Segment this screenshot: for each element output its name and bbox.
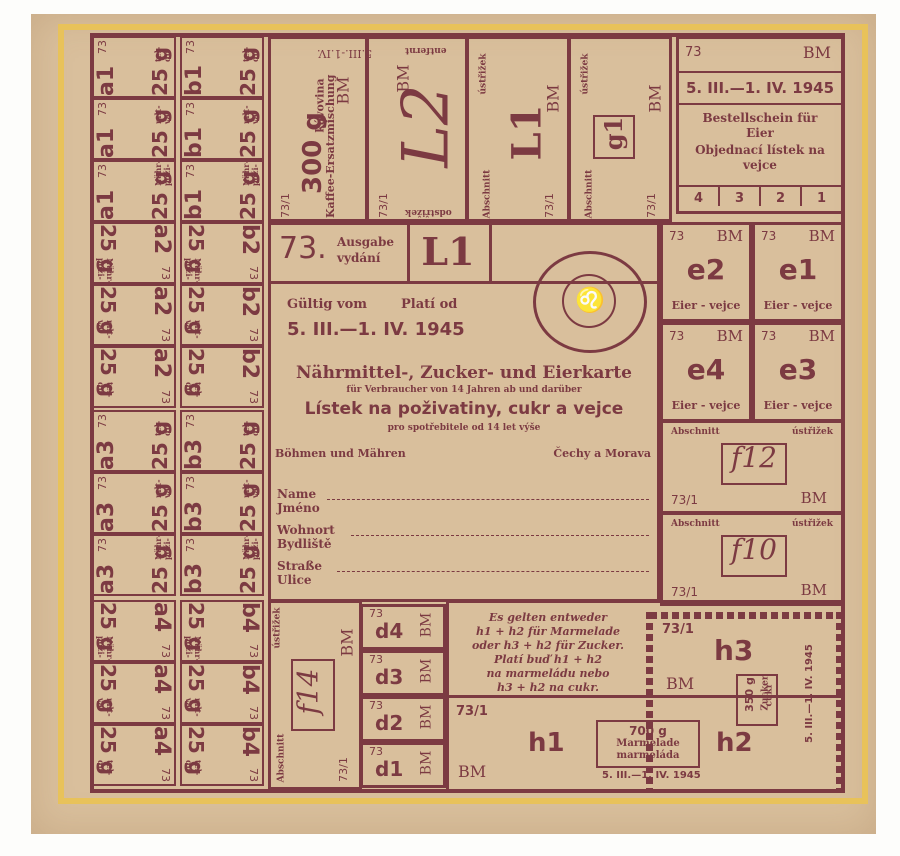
coupon-category: tel-dn xyxy=(154,36,172,62)
coupon-series: 73 xyxy=(96,164,109,178)
egg-coupon-e3[interactable]: 73BMe3Eier - vejce xyxy=(752,322,844,422)
coupon-code: b4 xyxy=(237,664,262,695)
subtitle-cs: pro spotřebitele od 14 let výše xyxy=(273,423,655,433)
coffee-mark: BM xyxy=(334,76,353,104)
ministry-seal: ♌ xyxy=(533,251,647,353)
l1-series: 73/1 xyxy=(543,193,556,218)
l1-label-de: Abschnitt xyxy=(482,170,492,219)
grain-coupon-a2[interactable]: a225 gmlt-va-73 xyxy=(92,284,176,346)
coupon-category: mlt-va- xyxy=(184,320,202,346)
coupon-code: a2 xyxy=(149,224,174,254)
egg-code: e2 xyxy=(663,253,749,286)
validity-period: 5. III.—1. IV. 1945 xyxy=(287,319,465,340)
d-code: d2 xyxy=(375,711,403,735)
f14-series: 73/1 xyxy=(337,757,350,782)
grain-coupon-b4[interactable]: b425 gNähr-poži-73 xyxy=(180,600,264,662)
coupon-category: Nähr-poži- xyxy=(96,258,114,284)
coupon-code: b4 xyxy=(237,602,262,633)
coupon-series: 73 xyxy=(184,414,197,428)
coupon-series: 73 xyxy=(96,414,109,428)
coupon-series: 73 xyxy=(159,768,172,782)
coupon-category: mlt-va- xyxy=(96,698,114,724)
name-label: Name Jméno xyxy=(277,487,320,515)
coupon-category: mlt-va- xyxy=(154,472,172,498)
grain-coupon-b2[interactable]: b225 gmlt-va-73 xyxy=(180,284,264,346)
egg-order-period: 5. III.—1. IV. 1945 xyxy=(679,79,841,97)
coupon-category: Nähr-poži- xyxy=(184,258,202,284)
h3-date: 5. III.—1. IV. 1945 xyxy=(804,644,815,743)
grain-coupon-b2[interactable]: b225 gNähr-poži-73 xyxy=(180,222,264,284)
egg-coupon-e2[interactable]: 73BMe2Eier - vejce xyxy=(660,222,752,322)
egg-code: e1 xyxy=(755,253,841,286)
g1-mark: BM xyxy=(646,84,665,112)
egg-coupon-e1[interactable]: 73BMe1Eier - vejce xyxy=(752,222,844,322)
l2-label-cs: odstřižek xyxy=(405,207,452,217)
grain-coupon-b3[interactable]: b325 gtel-dn73 xyxy=(180,410,264,472)
coffee-stub[interactable]: 300 g Kaffee-Ersatzmischung kávovina 73/… xyxy=(268,36,368,222)
d-code: d3 xyxy=(375,665,403,689)
h3-perforation-right xyxy=(836,612,843,792)
coupon-code: a1 xyxy=(94,190,119,220)
coupon-code: a1 xyxy=(94,66,119,96)
coupon-code: a2 xyxy=(149,286,174,316)
coupon-code: a3 xyxy=(94,440,119,470)
coupon-series: 73 xyxy=(184,476,197,490)
grain-coupon-a4[interactable]: a425 gmlt-va-73 xyxy=(92,662,176,724)
grain-coupon-a4[interactable]: a425 gtel-dn73 xyxy=(92,724,176,786)
coupon-series: 73 xyxy=(247,390,260,404)
h3-code: h3 xyxy=(714,634,753,667)
d-coupon-d4[interactable]: 73d4BM xyxy=(360,604,446,650)
coupon-series: 73 xyxy=(159,706,172,720)
title-de: Nährmittel-, Zucker- und Eierkarte xyxy=(273,363,655,383)
card-code: L1 xyxy=(407,229,489,274)
f14-label-cs: ústřižek xyxy=(273,607,283,648)
g1-series: 73/1 xyxy=(645,193,658,218)
coupon-series: 73 xyxy=(184,538,197,552)
g1-code: g1 xyxy=(599,117,628,150)
d-coupon-d3[interactable]: 73d3BM xyxy=(360,650,446,696)
l2-stub[interactable]: L2 entfernt odstřižek 73/1 BM xyxy=(366,36,468,222)
residence-field[interactable] xyxy=(351,535,649,536)
coupon-category: Nähr-poži- xyxy=(154,160,172,186)
l1-stub[interactable]: L1 ústřižek Abschnitt 73/1 BM xyxy=(466,36,570,222)
valid-from-label-cs: Platí od xyxy=(401,297,457,312)
issue-label-de: Ausgabe xyxy=(337,235,394,249)
l2-mark: BM xyxy=(394,64,413,92)
grain-coupon-a1[interactable]: a125 gtel-dn73 xyxy=(92,36,176,98)
l1-code: L1 xyxy=(503,105,550,161)
grain-coupon-b4[interactable]: b425 gmlt-va-73 xyxy=(180,662,264,724)
coupon-code: b2 xyxy=(237,286,262,317)
f14-mark: BM xyxy=(338,628,357,656)
coupon-category: Nähr-poži- xyxy=(154,534,172,560)
coupon-category: mlt-va- xyxy=(242,98,260,124)
region-cs: Čechy a Morava xyxy=(553,447,651,460)
g1-label-cs: ústřižek xyxy=(581,53,591,94)
name-field[interactable] xyxy=(327,499,649,500)
grain-coupon-a3[interactable]: a325 gNähr-poži-73 xyxy=(92,534,176,596)
h3-coupon[interactable]: 73/1 h3 BM 350 g Zucker cukr 5. III.—1. … xyxy=(656,618,836,698)
title-cs: Lístek na poživatiny, cukr a vejce xyxy=(273,399,655,419)
l2-series: 73/1 xyxy=(377,193,390,218)
coupon-category: tel-dn xyxy=(154,410,172,436)
coupon-category: Nähr-poži- xyxy=(96,636,114,662)
l1-mark: BM xyxy=(544,84,563,112)
jam-box: 700 g Marmelade marmeláda xyxy=(596,720,700,768)
coupon-code: b3 xyxy=(182,501,207,532)
coupon-category: tel-dn xyxy=(184,382,202,408)
grain-coupon-b1[interactable]: b125 gNähr-poži-73 xyxy=(180,160,264,222)
coupon-code: b2 xyxy=(237,348,262,379)
coupon-series: 73 xyxy=(184,164,197,178)
grain-coupon-b3[interactable]: b325 gmlt-va-73 xyxy=(180,472,264,534)
coupon-series: 73 xyxy=(247,328,260,342)
grain-coupon-b3[interactable]: b325 gNähr-poži-73 xyxy=(180,534,264,596)
g1-label-de: Abschnitt xyxy=(584,170,594,219)
street-field[interactable] xyxy=(337,571,649,572)
coupon-category: tel-dn xyxy=(184,760,202,786)
coupon-series: 73 xyxy=(247,706,260,720)
egg-order-numbers: 4 3 2 1 xyxy=(679,187,841,206)
grain-coupon-b4[interactable]: b425 gtel-dn73 xyxy=(180,724,264,786)
coupon-series: 73 xyxy=(96,102,109,116)
coupon-category: tel-dn xyxy=(96,382,114,408)
sugar-box: 350 g Zucker cukr xyxy=(736,674,778,726)
d-code: d1 xyxy=(375,757,403,781)
h-note: Es gelten entweder h1 + h2 für Marmelade… xyxy=(453,611,643,695)
coupon-code: a4 xyxy=(149,726,174,756)
coupon-category: Nähr-poži- xyxy=(242,534,260,560)
coffee-label-cs: kávovina xyxy=(314,78,327,132)
egg-order-title-de: Bestellschein für Eier xyxy=(687,111,833,141)
issue-label-cs: vydání xyxy=(337,251,380,265)
f-coupon-f10[interactable]: Abschnittústřižekf1073/1BM xyxy=(660,512,844,606)
coupon-series: 73 xyxy=(159,644,172,658)
grain-coupon-a3[interactable]: a325 gtel-dn73 xyxy=(92,410,176,472)
coupon-code: b4 xyxy=(237,726,262,757)
coupon-series: 73 xyxy=(159,390,172,404)
f14-label-de: Abschnitt xyxy=(276,734,286,783)
coupon-series: 73 xyxy=(159,266,172,280)
issue-number: 73. xyxy=(279,231,327,266)
l2-label-de: entfernt xyxy=(405,45,446,55)
d-coupon-d2[interactable]: 73d2BM xyxy=(360,696,446,742)
coupon-code: b3 xyxy=(182,439,207,470)
h1-code: h1 xyxy=(528,728,565,758)
coupon-series: 73 xyxy=(247,644,260,658)
coupon-code: a3 xyxy=(94,564,119,594)
grain-coupon-a4[interactable]: a425 gNähr-poži-73 xyxy=(92,600,176,662)
grain-coupon-a2[interactable]: a225 gtel-dn73 xyxy=(92,346,176,408)
grain-coupon-a3[interactable]: a325 gmlt-va-73 xyxy=(92,472,176,534)
valid-from-label-de: Gültig vom xyxy=(287,297,367,312)
g1-stub[interactable]: g1 ústřižek Abschnitt 73/1 BM xyxy=(568,36,672,222)
coupon-category: tel-dn xyxy=(242,36,260,62)
coupon-series: 73 xyxy=(184,40,197,54)
d-coupon-d1[interactable]: 73d1BM xyxy=(360,742,446,788)
residence-label: Wohnort Bydliště xyxy=(277,523,335,551)
coupon-code: a2 xyxy=(149,348,174,378)
f-code: f12 xyxy=(721,441,787,474)
coupon-category: mlt-va- xyxy=(242,472,260,498)
h2-code[interactable]: h2 xyxy=(716,728,753,758)
grain-coupon-b1[interactable]: b125 gtel-dn73 xyxy=(180,36,264,98)
coupon-category: tel-dn xyxy=(96,760,114,786)
coupon-series: 73 xyxy=(96,476,109,490)
coupon-series: 73 xyxy=(247,768,260,782)
coupon-series: 73 xyxy=(96,538,109,552)
egg-order-title-cs: Objednací lístek na vejce xyxy=(683,143,837,173)
coffee-date: 5.III.-1.IV. xyxy=(317,47,372,60)
l1-label-cs: ústřižek xyxy=(479,53,489,94)
egg-code: e3 xyxy=(755,353,841,386)
coupon-category: mlt-va- xyxy=(154,98,172,124)
egg-order-series: 73 xyxy=(685,45,702,60)
lion-emblem-icon: ♌ xyxy=(536,286,644,314)
coupon-category: Nähr-poži- xyxy=(184,636,202,662)
coupon-code: a3 xyxy=(94,502,119,532)
grain-coupon-a2[interactable]: a225 gNähr-poži-73 xyxy=(92,222,176,284)
f14-coupon[interactable]: f14 ústřižek Abschnitt 73/1 BM xyxy=(268,600,362,790)
coupon-series: 73 xyxy=(96,40,109,54)
l2-code: L2 xyxy=(390,84,464,167)
coupon-code: b1 xyxy=(182,65,207,96)
coupon-code: a1 xyxy=(94,128,119,158)
f14-code: f14 xyxy=(292,669,325,715)
grain-coupon-a1[interactable]: a125 gmlt-va-73 xyxy=(92,98,176,160)
coupon-series: 73 xyxy=(159,328,172,342)
h-period: 5. III.—1. IV. 1945 xyxy=(602,770,701,781)
coupon-code: b1 xyxy=(182,127,207,158)
egg-code: e4 xyxy=(663,353,749,386)
card-main-panel: 73. Ausgabe vydání L1 ♌ Gültig vom Platí… xyxy=(268,222,660,602)
egg-coupon-e4[interactable]: 73BMe4Eier - vejce xyxy=(660,322,752,422)
coupon-code: b3 xyxy=(182,563,207,594)
coupon-code: a4 xyxy=(149,664,174,694)
coupon-code: a4 xyxy=(149,602,174,632)
grain-coupon-b1[interactable]: b125 gmlt-va-73 xyxy=(180,98,264,160)
subtitle-de: für Verbraucher von 14 Jahren ab und dar… xyxy=(273,385,655,395)
coupon-category: tel-dn xyxy=(242,410,260,436)
grain-coupon-b2[interactable]: b225 gtel-dn73 xyxy=(180,346,264,408)
coupon-category: mlt-va- xyxy=(184,698,202,724)
f-code: f10 xyxy=(721,533,787,566)
region-de: Böhmen und Mähren xyxy=(275,447,406,460)
d-code: d4 xyxy=(375,619,403,643)
egg-order-mark: BM xyxy=(803,43,831,62)
egg-order-slip[interactable]: 73 BM 5. III.—1. IV. 1945 Bestellschein … xyxy=(676,36,844,214)
f-coupon-f12[interactable]: Abschnittústřižekf1273/1BM xyxy=(660,420,844,514)
coupon-category: mlt-va- xyxy=(96,320,114,346)
coupon-category: Nähr-poži- xyxy=(242,160,260,186)
coupon-code: b1 xyxy=(182,189,207,220)
coupon-series: 73 xyxy=(184,102,197,116)
coupon-code: b2 xyxy=(237,224,262,255)
coupon-series: 73 xyxy=(247,266,260,280)
coffee-series: 73/1 xyxy=(279,193,292,218)
grain-coupon-a1[interactable]: a125 gNähr-poži-73 xyxy=(92,160,176,222)
street-label: Straße Ulice xyxy=(277,559,322,587)
